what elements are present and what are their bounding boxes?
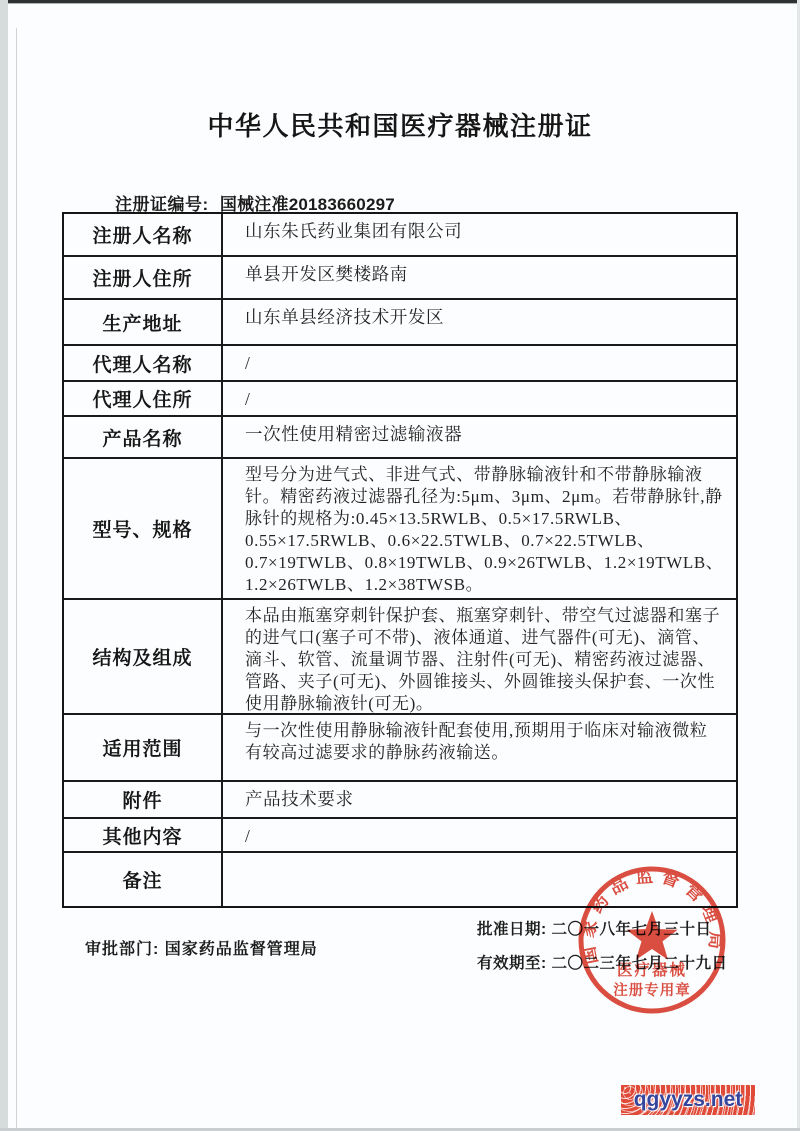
official-stamp: 国家药品监督管理局 医疗器械 注册专用章 <box>566 854 738 1026</box>
row-value: 一次性使用精密过滤输液器 <box>223 417 736 457</box>
scan-edge-left-line <box>16 28 17 1131</box>
table-row: 注册人名称 山东朱氏药业集团有限公司 <box>64 214 736 257</box>
row-value: / <box>223 382 736 415</box>
table-row: 代理人住所 / <box>64 382 736 417</box>
stamp-line2: 注册专用章 <box>613 981 691 999</box>
row-label: 代理人住所 <box>64 382 223 415</box>
table-row: 结构及组成 本品由瓶塞穿刺针保护套、瓶塞穿刺针、带空气过滤器和塞子的进气口(塞子… <box>64 600 736 715</box>
scan-edge-left <box>0 0 8 1131</box>
row-label: 产品名称 <box>64 417 223 457</box>
table-row: 产品名称 一次性使用精密过滤输液器 <box>64 417 736 459</box>
row-value: / <box>223 819 736 851</box>
approval-department-label: 审批部门: <box>85 941 159 958</box>
row-value: / <box>223 346 736 380</box>
row-value: 单县开发区樊楼路南 <box>223 257 736 298</box>
row-label: 代理人名称 <box>64 346 223 380</box>
table-row: 附件 产品技术要求 <box>64 782 736 819</box>
row-value: 型号分为进气式、非进气式、带静脉输液针和不带静脉输液针。精密药液过滤器孔径为:5… <box>223 459 736 598</box>
scan-edge-top-shadow <box>0 3 800 4</box>
document-title: 中华人民共和国医疗器械注册证 <box>0 106 800 143</box>
table-row: 代理人名称 / <box>64 346 736 382</box>
table-row: 生产地址 山东单县经济技术开发区 <box>64 300 736 346</box>
valid-until-label: 有效期至: <box>477 955 547 972</box>
row-label: 注册人名称 <box>64 214 223 255</box>
row-value: 与一次性使用静脉输液针配套使用,预期用于临床对输液微粒有较高过滤要求的静脉药液输… <box>223 715 736 780</box>
table-row: 型号、规格 型号分为进气式、非进气式、带静脉输液针和不带静脉输液针。精密药液过滤… <box>64 459 736 600</box>
table-row: 注册人住所 单县开发区樊楼路南 <box>64 257 736 300</box>
table-row: 适用范围 与一次性使用静脉输液针配套使用,预期用于临床对输液微粒有较高过滤要求的… <box>64 715 736 782</box>
row-label: 型号、规格 <box>64 459 223 598</box>
row-label: 附件 <box>64 782 223 817</box>
table-row: 其他内容 / <box>64 819 736 853</box>
certificate-page: 中华人民共和国医疗器械注册证 注册证编号: 国械注准20183660297 注册… <box>0 0 800 1131</box>
row-label: 注册人住所 <box>64 257 223 298</box>
watermark-text: qgyyzs.net <box>634 1088 743 1112</box>
row-value: 山东单县经济技术开发区 <box>223 300 736 344</box>
approval-date-label: 批准日期: <box>477 921 547 938</box>
stamp-line1: 医疗器械 <box>617 960 687 979</box>
row-label: 适用范围 <box>64 715 223 780</box>
approval-department-value: 国家药品监督管理局 <box>165 941 318 958</box>
site-watermark: qgyyzs.net <box>621 1085 755 1115</box>
row-value: 产品技术要求 <box>223 782 736 817</box>
row-label: 结构及组成 <box>64 600 223 713</box>
row-label: 生产地址 <box>64 300 223 344</box>
row-label: 备注 <box>64 853 223 906</box>
row-value: 本品由瓶塞穿刺针保护套、瓶塞穿刺针、带空气过滤器和塞子的进气口(塞子可不带)、液… <box>223 600 736 713</box>
approval-department-line: 审批部门: 国家药品监督管理局 <box>85 936 318 959</box>
row-value: 山东朱氏药业集团有限公司 <box>223 214 736 255</box>
stamp-star-icon <box>626 911 677 960</box>
certificate-table: 注册人名称 山东朱氏药业集团有限公司 注册人住所 单县开发区樊楼路南 生产地址 … <box>62 212 738 908</box>
row-label: 其他内容 <box>64 819 223 851</box>
